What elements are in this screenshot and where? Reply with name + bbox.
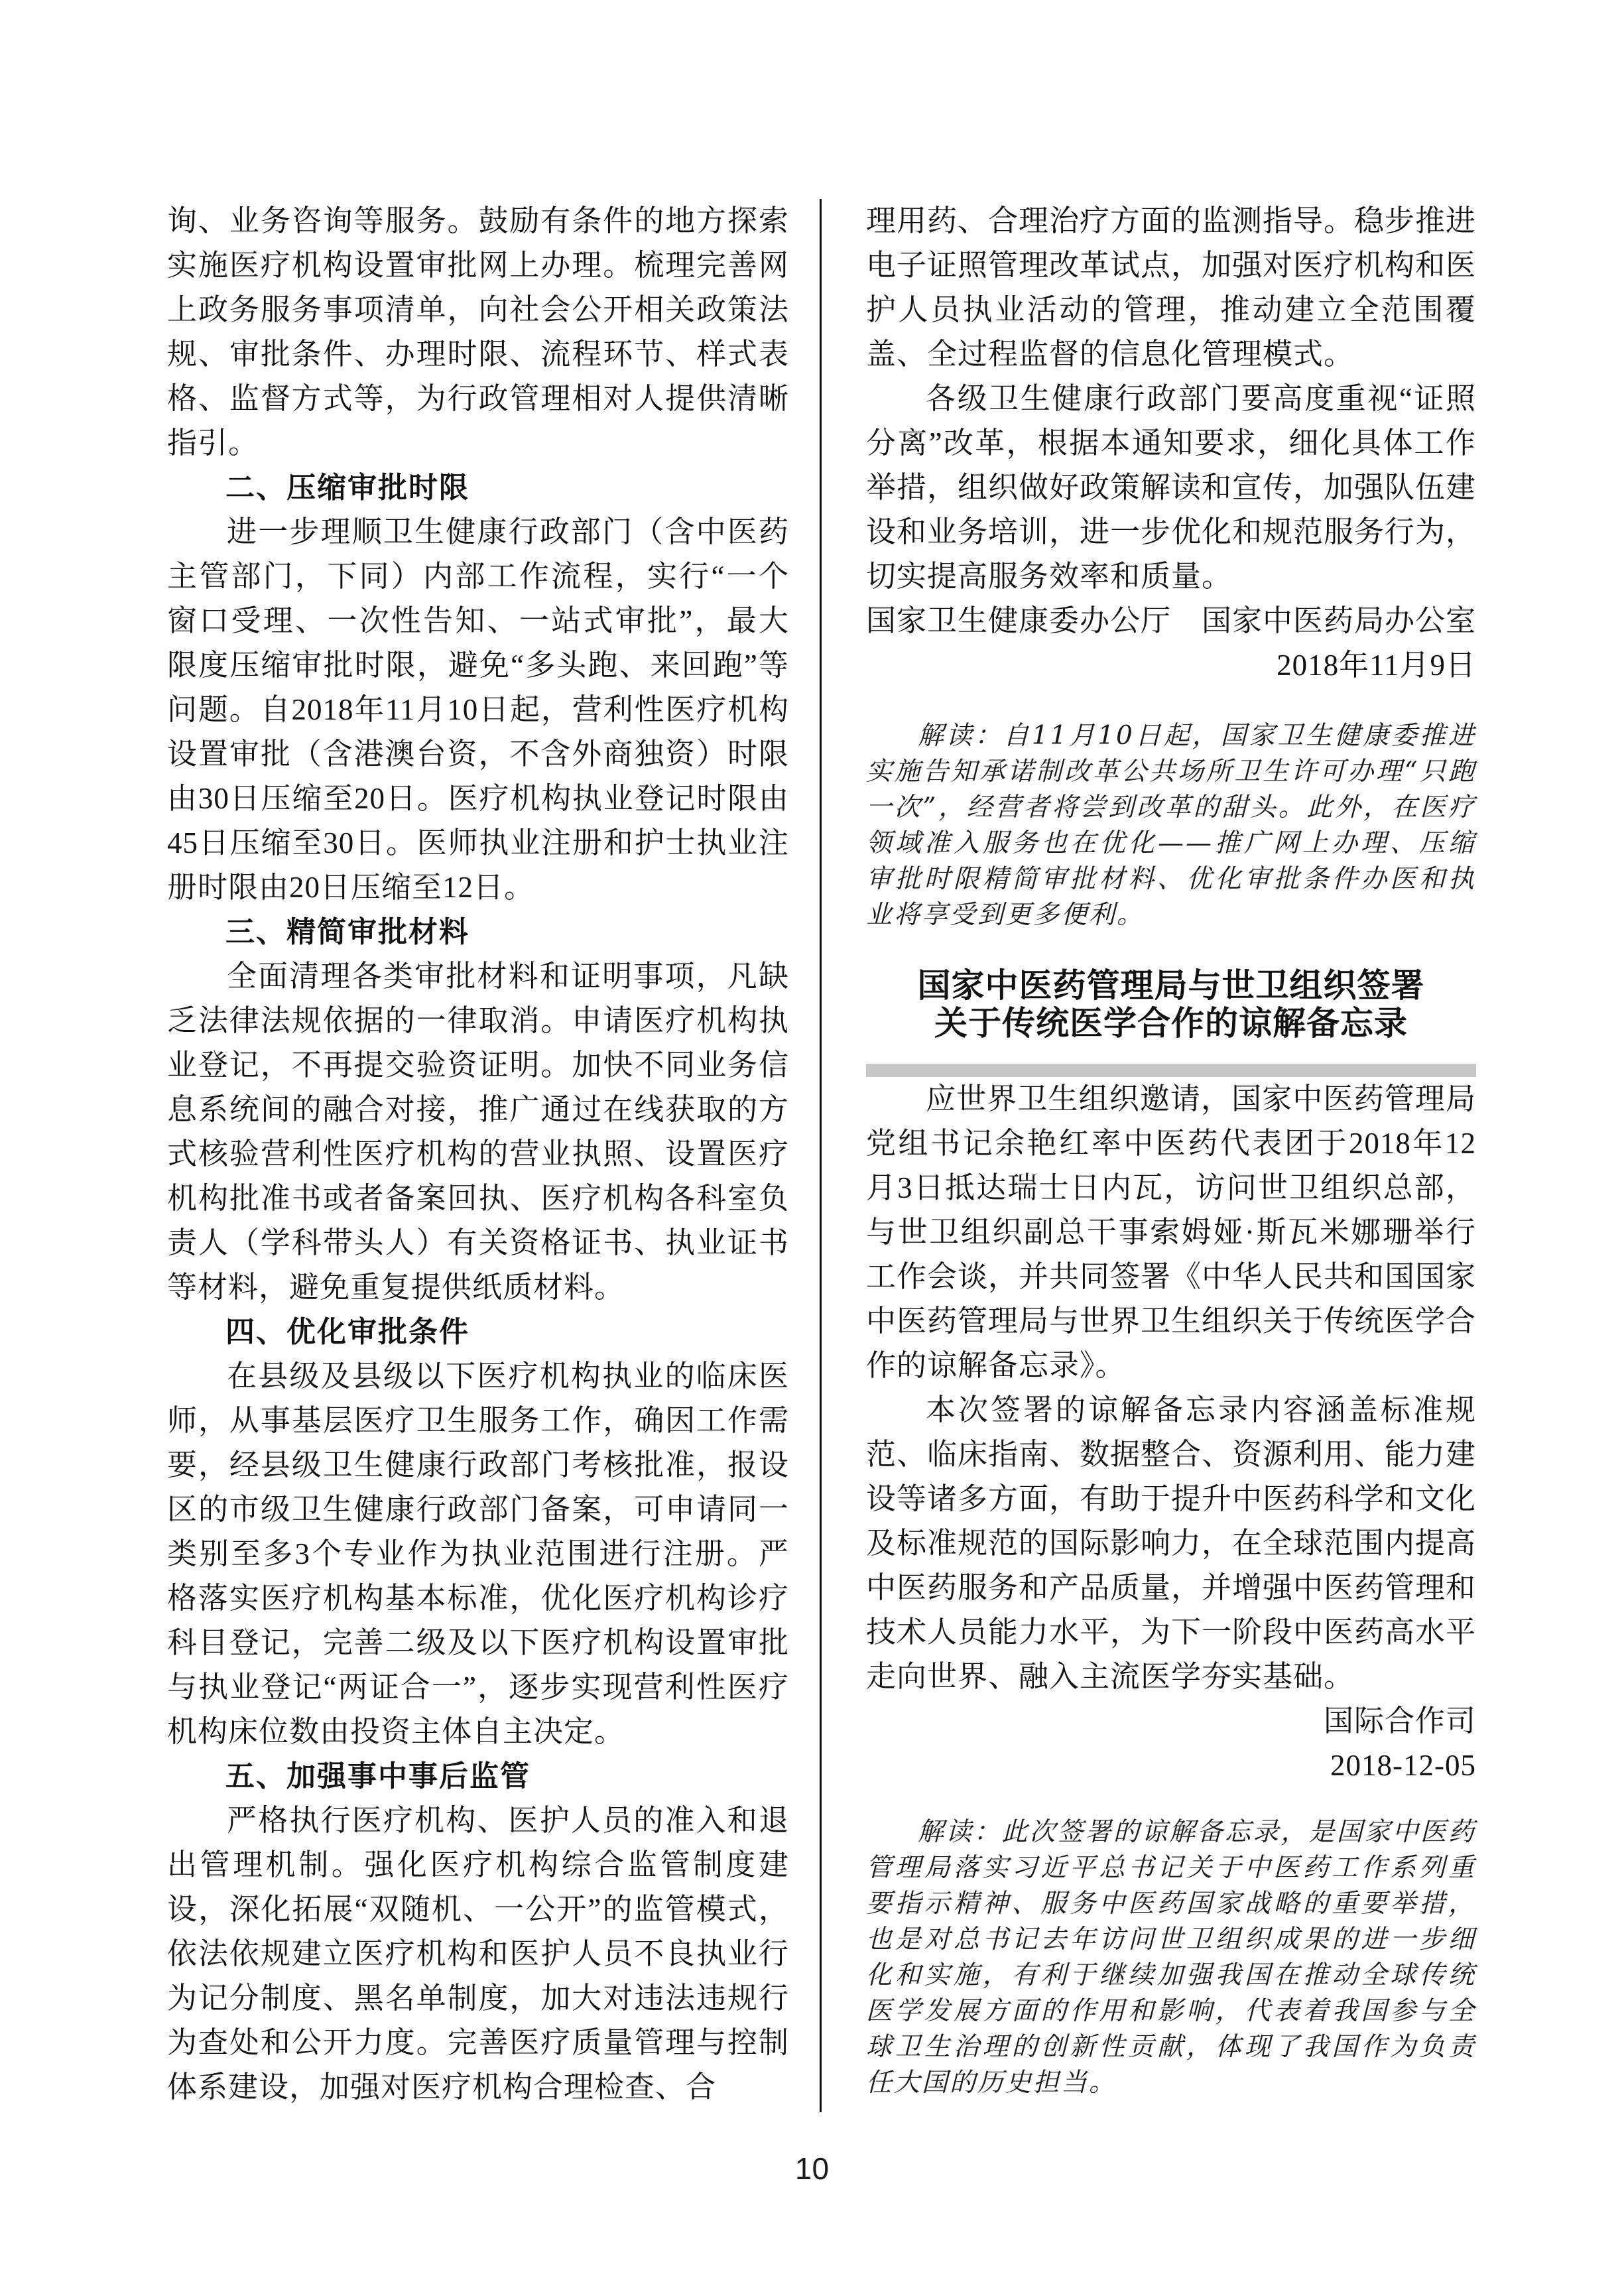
signature-org-left: 国家卫生健康委办公厅 xyxy=(866,599,1171,643)
article-title-line-2: 关于传统医学合作的谅解备忘录 xyxy=(866,1005,1476,1043)
section-heading-3: 三、精简审批材料 xyxy=(167,910,789,954)
left-column: 询、业务咨询等服务。鼓励有条件的地方探索实施医疗机构设置审批网上办理。梳理完善网… xyxy=(167,199,789,2110)
body-paragraph: 应世界卫生组织邀请，国家中医药管理局党组书记余艳红率中医药代表团于2018年12… xyxy=(866,1077,1476,1388)
interpretation-note: 解读：自11月10日起，国家卫生健康委推进实施告知承诺制改革公共场所卫生许可办理… xyxy=(866,718,1476,933)
body-paragraph: 各级卫生健康行政部门要高度重视“证照分离”改革，根据本通知要求，细化具体工作举措… xyxy=(866,377,1476,599)
interpretation-note: 解读：此次签署的谅解备忘录，是国家中医药管理局落实习近平总书记关于中医药工作系列… xyxy=(866,1814,1476,2101)
signer-department: 国际合作司 xyxy=(866,1699,1476,1743)
document-page: 询、业务咨询等服务。鼓励有条件的地方探索实施医疗机构设置审批网上办理。梳理完善网… xyxy=(0,0,1624,2278)
column-divider-rule xyxy=(820,199,822,2112)
article-title-line-1: 国家中医药管理局与世卫组织签署 xyxy=(866,967,1476,1005)
section-heading-2: 二、压缩审批时限 xyxy=(167,466,789,510)
page-number: 10 xyxy=(0,2149,1624,2188)
article-title: 国家中医药管理局与世卫组织签署 关于传统医学合作的谅解备忘录 xyxy=(866,967,1476,1043)
right-column: 理用药、合理治疗方面的监测指导。稳步推进电子证照管理改革试点，加强对医疗机构和医… xyxy=(866,199,1476,2101)
signature-row: 国家卫生健康委办公厅 国家中医药局办公室 xyxy=(866,599,1476,643)
title-underline-bar xyxy=(866,1064,1476,1077)
signature-org-right: 国家中医药局办公室 xyxy=(1202,599,1476,643)
section-heading-4: 四、优化审批条件 xyxy=(167,1310,789,1354)
section-heading-5: 五、加强事中事后监管 xyxy=(167,1754,789,1799)
body-paragraph: 询、业务咨询等服务。鼓励有条件的地方探索实施医疗机构设置审批网上办理。梳理完善网… xyxy=(167,199,789,466)
body-paragraph: 在县级及县级以下医疗机构执业的临床医师，从事基层医疗卫生服务工作，确因工作需要，… xyxy=(167,1354,789,1754)
document-date: 2018年11月9日 xyxy=(866,643,1476,688)
body-paragraph: 进一步理顺卫生健康行政部门（含中医药主管部门，下同）内部工作流程，实行“一个窗口… xyxy=(167,510,789,910)
body-paragraph: 严格执行医疗机构、医护人员的准入和退出管理机制。强化医疗机构综合监管制度建设，深… xyxy=(167,1799,789,2110)
body-paragraph: 全面清理各类审批材料和证明事项，凡缺乏法律法规依据的一律取消。申请医疗机构执业登… xyxy=(167,954,789,1310)
body-paragraph: 理用药、合理治疗方面的监测指导。稳步推进电子证照管理改革试点，加强对医疗机构和医… xyxy=(866,199,1476,377)
body-paragraph: 本次签署的谅解备忘录内容涵盖标准规范、临床指南、数据整合、资源利用、能力建设等诸… xyxy=(866,1388,1476,1699)
document-date: 2018-12-05 xyxy=(866,1743,1476,1788)
